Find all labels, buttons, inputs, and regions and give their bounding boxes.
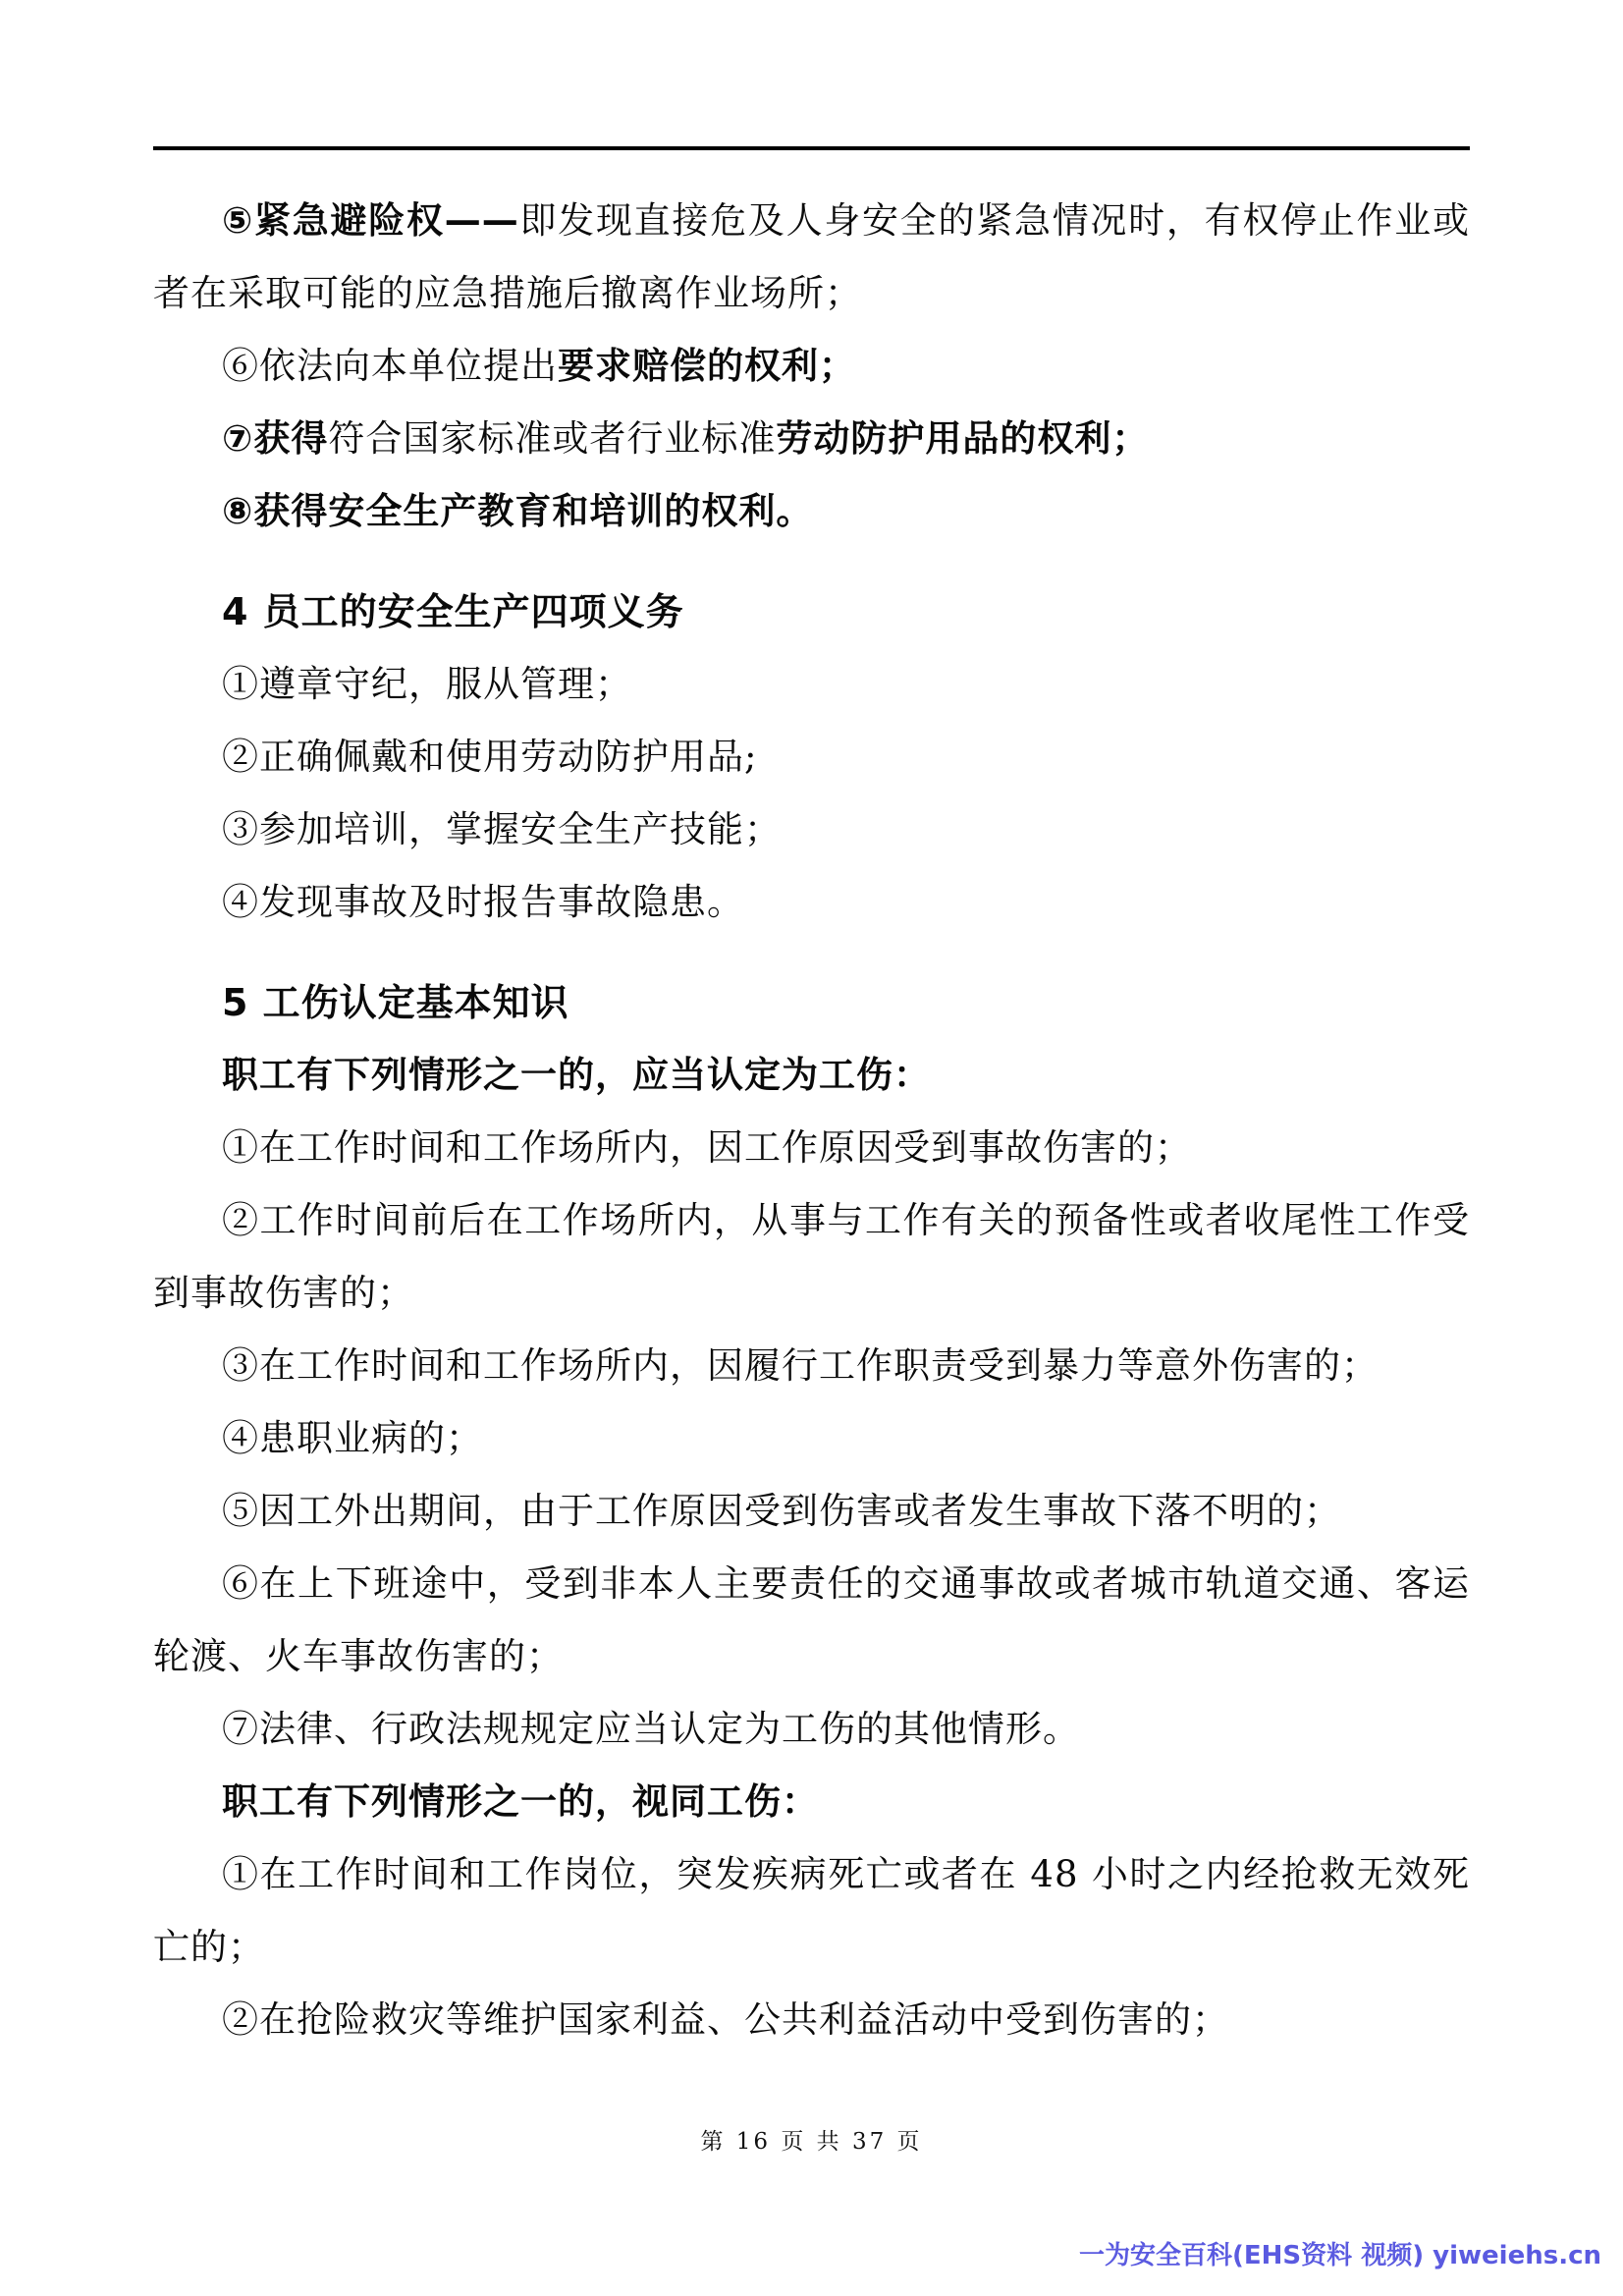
page-number-text: 第 16 页 共 37 页 (700, 2129, 922, 2155)
paragraph: 职工有下列情形之一的，视同工伤： (153, 1766, 1470, 1838)
text-run: 要求赔偿的权利； (558, 345, 856, 387)
text-run: ②工作时间前后在工作场所内，从事与工作有关的预备性或者收尾性工作受到事故伤害的； (153, 1199, 1470, 1314)
paragraph: ③在工作时间和工作场所内，因履行工作职责受到暴力等意外伤害的； (153, 1330, 1470, 1402)
paragraph: ①在工作时间和工作岗位，突发疾病死亡或者在 48 小时之内经抢救无效死亡的； (153, 1838, 1470, 1984)
text-run: ①在工作时间和工作场所内，因工作原因受到事故伤害的； (222, 1126, 1192, 1169)
text-run: ①遵章守纪，服从管理； (222, 663, 632, 705)
paragraph: ①遵章守纪，服从管理； (153, 648, 1470, 721)
text-run: ⑦获得 (222, 417, 328, 460)
text-run: ⑦法律、行政法规规定应当认定为工伤的其他情形。 (222, 1708, 1080, 1750)
text-run: 劳动防护用品的权利； (776, 417, 1149, 460)
text-run: 符合国家标准或者行业标准 (328, 417, 776, 460)
paragraph: ⑥依法向本单位提出要求赔偿的权利； (153, 330, 1470, 403)
text-run: ⑥依法向本单位提出 (222, 345, 558, 387)
paragraph: ⑦法律、行政法规规定应当认定为工伤的其他情形。 (153, 1693, 1470, 1766)
header-rule (153, 146, 1470, 150)
paragraph: 职工有下列情形之一的，应当认定为工伤： (153, 1039, 1470, 1112)
text-run: ⑥在上下班途中，受到非本人主要责任的交通事故或者城市轨道交通、客运轮渡、火车事故… (153, 1562, 1470, 1677)
document-page: ⑤紧急避险权——即发现直接危及人身安全的紧急情况时，有权停止作业或者在采取可能的… (0, 0, 1623, 2296)
paragraph: ⑧获得安全生产教育和培训的权利。 (153, 475, 1470, 548)
paragraph: ③参加培训，掌握安全生产技能； (153, 793, 1470, 866)
text-run: 职工有下列情形之一的，应当认定为工伤： (222, 1054, 931, 1096)
paragraph: ④患职业病的； (153, 1402, 1470, 1475)
text-run: ④发现事故及时报告事故隐患。 (222, 881, 744, 923)
text-run: ③在工作时间和工作场所内，因履行工作职责受到暴力等意外伤害的； (222, 1344, 1379, 1387)
text-run: ④患职业病的； (222, 1417, 483, 1459)
text-run: ⑤紧急避险权—— (222, 199, 519, 242)
document-body: ⑤紧急避险权——即发现直接危及人身安全的紧急情况时，有权停止作业或者在采取可能的… (153, 185, 1470, 2056)
text-run: 5 工伤认定基本知识 (222, 981, 569, 1024)
paragraph: ②工作时间前后在工作场所内，从事与工作有关的预备性或者收尾性工作受到事故伤害的； (153, 1184, 1470, 1330)
text-run: ②在抢险救灾等维护国家利益、公共利益活动中受到伤害的； (222, 1998, 1229, 2041)
paragraph: ②在抢险救灾等维护国家利益、公共利益活动中受到伤害的； (153, 1984, 1470, 2056)
text-run: ⑧获得安全生产教育和培训的权利。 (222, 490, 813, 532)
text-run: ①在工作时间和工作岗位，突发疾病死亡或者在 48 小时之内经抢救无效死亡的； (153, 1853, 1470, 1968)
page-footer: 第 16 页 共 37 页 (0, 2123, 1623, 2156)
text-run: ③参加培训，掌握安全生产技能； (222, 808, 782, 850)
section-heading: 4 员工的安全生产四项义务 (153, 575, 1470, 648)
paragraph: ②正确佩戴和使用劳动防护用品; (153, 721, 1470, 793)
paragraph: ⑥在上下班途中，受到非本人主要责任的交通事故或者城市轨道交通、客运轮渡、火车事故… (153, 1548, 1470, 1693)
paragraph: ⑤紧急避险权——即发现直接危及人身安全的紧急情况时，有权停止作业或者在采取可能的… (153, 185, 1470, 330)
paragraph: ⑤因工外出期间，由于工作原因受到伤害或者发生事故下落不明的； (153, 1475, 1470, 1548)
text-run: 职工有下列情形之一的，视同工伤： (222, 1780, 819, 1823)
text-run: 4 员工的安全生产四项义务 (222, 590, 684, 633)
paragraph: ⑦获得符合国家标准或者行业标准劳动防护用品的权利； (153, 403, 1470, 475)
paragraph: ④发现事故及时报告事故隐患。 (153, 866, 1470, 939)
watermark-text: 一为安全百科(EHS资料 视频) yiweiehs.cn (1079, 2235, 1601, 2271)
paragraph: ①在工作时间和工作场所内，因工作原因受到事故伤害的； (153, 1112, 1470, 1184)
section-heading: 5 工伤认定基本知识 (153, 966, 1470, 1039)
text-run: ②正确佩戴和使用劳动防护用品; (222, 736, 757, 778)
text-run: ⑤因工外出期间，由于工作原因受到伤害或者发生事故下落不明的； (222, 1490, 1341, 1532)
